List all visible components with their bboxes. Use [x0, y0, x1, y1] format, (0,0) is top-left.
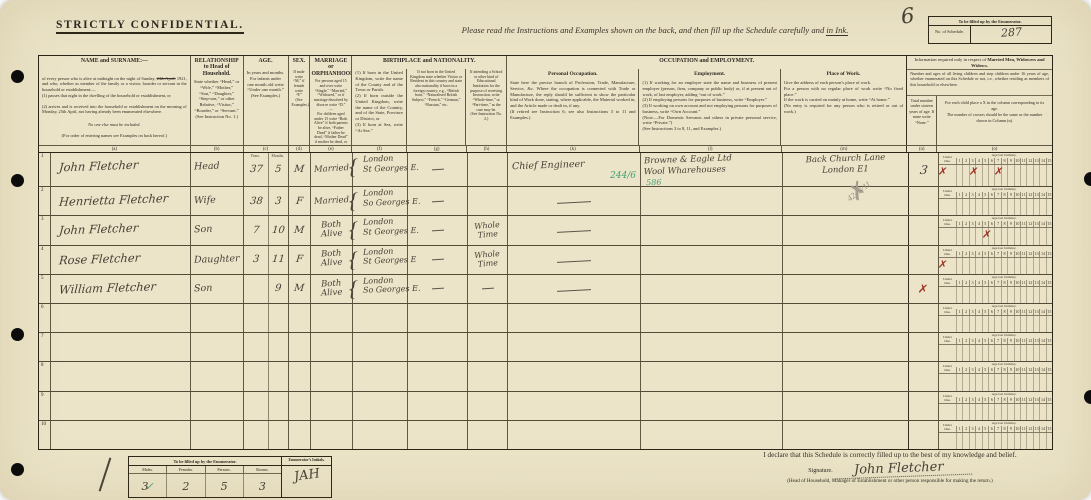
- employer-cell: [641, 187, 783, 215]
- males-label: Males.: [129, 466, 167, 473]
- sex-cell: F: [289, 187, 311, 215]
- age-grid-mark-cell: [1046, 433, 1052, 449]
- name-desc-item1: (1) passes that night in the dwelling of…: [42, 93, 187, 99]
- children-age-grid: UnderOne.Age last birthday.1234567891011…: [939, 216, 1052, 244]
- name-column-title: NAME and SURNAME:—: [39, 56, 190, 69]
- school-attendance-cell: [468, 304, 508, 332]
- column-letter-h: (h): [467, 146, 507, 152]
- header-birthplace-group: BIRTHPLACE and NATIONALITY. (1) If born …: [352, 56, 507, 145]
- handwritten-relationship: Head: [194, 161, 220, 173]
- table-row: 6UnderOne.Age last birthday.123456789101…: [39, 303, 1052, 332]
- handwritten-name: John Fletcher: [59, 158, 139, 175]
- handwritten-age-years: 3: [252, 254, 260, 265]
- column-letter-o: (o): [937, 146, 1052, 152]
- occupation-group-title: OCCUPATION and EMPLOYMENT.: [507, 56, 906, 69]
- birthplace-cell: LondonSt Georges E.: [353, 153, 408, 186]
- birthplace-cell: LondonSo Georges E.: [353, 187, 408, 215]
- place-of-work-cell: Back Church LaneLondon E1: [783, 153, 909, 186]
- school-attendance-cell: [468, 153, 508, 186]
- handwritten-relationship: Daughter: [194, 253, 240, 266]
- handwritten-name: William Fletcher: [59, 279, 157, 296]
- age-grid-number: 15: [1046, 158, 1052, 164]
- employer-cell: [641, 333, 783, 361]
- age-years-cell: [244, 275, 269, 303]
- nationality-dash: [431, 259, 443, 261]
- nationality-cell: [408, 333, 468, 361]
- header-marriage-column: MARRIAGE or ORPHANHOOD. For persons aged…: [310, 56, 352, 145]
- age-grid-mark-cell: [939, 404, 956, 420]
- instruction-ink-underlined: in Ink.: [826, 25, 848, 36]
- age-years-cell: 37: [244, 153, 269, 186]
- place-of-work-title: Place of Work.: [781, 69, 906, 79]
- occupation-cell: [508, 362, 641, 390]
- school-attendance-cell: [468, 187, 508, 215]
- handwritten-sex: M: [294, 164, 305, 175]
- hole-punch: [11, 328, 24, 341]
- age-grid-mark-cell: [1046, 345, 1052, 361]
- marriage-cell: [311, 421, 353, 449]
- column-letter-d: (d): [289, 146, 311, 152]
- handwritten-age-months: 10: [272, 225, 286, 236]
- birthplace-cell: LondonSt Georges E.: [353, 216, 408, 244]
- nationality-cell: [408, 275, 468, 303]
- relationship-cell: [191, 421, 244, 449]
- age-grid-number: 15: [1046, 338, 1052, 344]
- handwritten-name: John Fletcher: [59, 221, 139, 238]
- employment-description: (1) If working for an employer state the…: [639, 79, 779, 145]
- handwritten-school-attendance: Whole Time: [467, 220, 507, 241]
- handwritten-children-total: 3: [919, 163, 929, 177]
- name-cell: [51, 304, 191, 332]
- age-grid-marks-row: [939, 433, 1052, 449]
- school-attendance-cell: [468, 392, 508, 420]
- children-total-cell: [909, 333, 939, 361]
- employer-cell: [641, 304, 783, 332]
- persons-value-cell: 5: [206, 474, 244, 497]
- green-employer-code: 586: [646, 173, 779, 188]
- children-age-grid: UnderOne.Age last birthday.1234567891011…: [939, 275, 1052, 303]
- occupation-cell: Chief Engineer244/6: [508, 153, 641, 186]
- age-grid-number: 15: [1046, 367, 1052, 373]
- age-grid-marks-row: [939, 316, 1052, 332]
- enumerator-box-title: To be filled up by the Enumerator.: [929, 17, 1051, 26]
- occupation-cell: [508, 304, 641, 332]
- children-total-description: Total number under sixteen years of age.…: [907, 96, 937, 145]
- column-letter-c: (c): [244, 146, 289, 152]
- age-grid-mark-cell: [939, 316, 956, 332]
- males-value-cell: 3✓: [129, 474, 167, 497]
- birthplace-group-title: BIRTHPLACE and NATIONALITY.: [352, 56, 506, 69]
- schedule-number-label: No. of Schedule.: [929, 26, 971, 43]
- age-grid-number: 15: [1046, 192, 1052, 198]
- column-letter-b: (b): [191, 146, 244, 152]
- table-row: 4Rose FletcherDaughter311FBoth AliveLond…: [39, 245, 1052, 274]
- age-grid-under-one-label: UnderOne.: [939, 153, 956, 164]
- marriage-cell: [311, 392, 353, 420]
- birthplace-cell: LondonSo Georges E.: [353, 275, 408, 303]
- table-row: 9UnderOne.Age last birthday.123456789101…: [39, 391, 1052, 420]
- age-column-description: In years and months. For infants under o…: [244, 69, 288, 145]
- age-grid-header: UnderOne.Age last birthday.1234567891011…: [939, 362, 1052, 374]
- occupation-cell: [508, 275, 641, 303]
- handwritten-green-schedule-number: 6: [900, 3, 916, 28]
- persons-label: Persons.: [206, 466, 244, 473]
- age-months-cell: [269, 304, 289, 332]
- relationship-cell: Wife: [191, 187, 244, 215]
- age-months-cell: 3: [269, 187, 289, 215]
- hole-punch: [1084, 390, 1091, 404]
- age-months-cell: [269, 362, 289, 390]
- census-table: NAME and SURNAME:— of every person who i…: [38, 55, 1053, 450]
- age-grid-marks-row: ✗✗✗: [939, 165, 1052, 186]
- age-grid-header: UnderOne.Age last birthday.1234567891011…: [939, 153, 1052, 165]
- age-grid-mark-cell: [1046, 165, 1052, 186]
- age-grid-header: UnderOne.Age last birthday.1234567891011…: [939, 216, 1052, 228]
- married-group-subtitle: Number and ages of all living children a…: [907, 69, 1052, 95]
- relationship-cell: [191, 362, 244, 390]
- column-letter-f: (f): [352, 146, 407, 152]
- row-number: 5: [39, 275, 51, 303]
- declaration-text: I declare that this Schedule is correctl…: [712, 451, 1068, 459]
- sex-cell: [289, 333, 311, 361]
- sex-cell: [289, 421, 311, 449]
- relationship-column-description: State whether “Head,” or “Wife,” “Mother…: [191, 78, 243, 145]
- instruction-text: Please read the Instructions and Example…: [462, 25, 827, 35]
- header-personal-occupation-subcolumn: Personal Occupation. State here the prec…: [507, 69, 639, 145]
- place-of-work-cell: [783, 216, 909, 244]
- nationality-dash: [431, 169, 443, 171]
- header-relationship-column: RELATIONSHIP to Head of Household. State…: [191, 56, 244, 145]
- occupation-cell: [508, 333, 641, 361]
- children-total-cell: [909, 187, 939, 215]
- header-employment-subcolumn: Employment. (1) If working for an employ…: [639, 69, 780, 145]
- header-nationality-subcolumn: If not born in the United Kingdom state …: [407, 69, 467, 145]
- hole-punch: [11, 174, 24, 187]
- birthplace-cell: [353, 421, 408, 449]
- school-attendance-cell: [468, 275, 508, 303]
- header-sex-column: SEX. If male write “M,” if female write …: [289, 56, 311, 145]
- sex-cell: [289, 362, 311, 390]
- employer-cell: [641, 362, 783, 390]
- age-grid-marks-row: ✗: [939, 228, 1052, 244]
- children-total-cell: 3: [909, 153, 939, 186]
- handwritten-school-attendance: Whole Time: [467, 249, 507, 270]
- age-grid-under-one-label: UnderOne.: [939, 187, 956, 198]
- enumerator-summary-box: To be filled up by the Enumerator. Males…: [128, 456, 332, 498]
- females-value-cell: 2: [167, 474, 205, 497]
- age-grid-mark-cell: [1046, 199, 1052, 215]
- table-rows: 1John FletcherHead375MMarriedLondonSt Ge…: [39, 153, 1052, 449]
- marriage-cell: Married: [311, 153, 353, 186]
- age-grid-mark-cell: [939, 433, 956, 449]
- pencil-annotation: 4248/11 ✗: [845, 179, 873, 204]
- age-years-cell: [244, 304, 269, 332]
- age-months-cell: [269, 421, 289, 449]
- relationship-cell: [191, 304, 244, 332]
- marriage-column-title: MARRIAGE or ORPHANHOOD.: [310, 56, 351, 78]
- row-number: 4: [39, 246, 51, 274]
- employer-cell: [641, 275, 783, 303]
- nationality-cell: [408, 392, 468, 420]
- row-number: 10: [39, 421, 51, 449]
- hole-punch: [11, 463, 24, 476]
- sex-cell: [289, 392, 311, 420]
- handwritten-sex: M: [294, 225, 305, 236]
- marriage-cell: [311, 304, 353, 332]
- place-of-work-cell: [783, 392, 909, 420]
- school-attendance-cell: [468, 333, 508, 361]
- birthplace-cell: [353, 333, 408, 361]
- marriage-cell: Married: [311, 187, 353, 215]
- handwritten-employer-line: Wool Wharehouses586: [644, 162, 780, 187]
- birthplace-cell: LondonSt Georges E: [353, 246, 408, 274]
- age-grid-header: UnderOne.Age last birthday.1234567891011…: [939, 392, 1052, 404]
- age-years-cell: [244, 333, 269, 361]
- declaration-block: I declare that this Schedule is correctl…: [712, 451, 1068, 484]
- children-age-grid: UnderOne.Age last birthday.1234567891011…: [939, 333, 1052, 361]
- nationality-dash: [431, 230, 443, 232]
- school-dash: [481, 288, 493, 290]
- age-grid-under-one-label: UnderOne.: [939, 333, 956, 344]
- handwritten-age-months: 11: [272, 254, 286, 265]
- handwritten-rooms-count: 3: [259, 480, 266, 493]
- school-attendance-cell: Whole Time: [468, 246, 508, 274]
- age-grid-number: 15: [1046, 309, 1052, 315]
- header-age-column: AGE. In years and months. For infants un…: [244, 56, 289, 145]
- married-group-title: Information required only in respect of …: [907, 56, 1052, 69]
- relationship-cell: Daughter: [191, 246, 244, 274]
- name-cell: [51, 362, 191, 390]
- nationality-cell: [408, 421, 468, 449]
- sex-cell: M: [289, 216, 311, 244]
- marriage-cell: [311, 333, 353, 361]
- age-grid-number: 15: [1046, 397, 1052, 403]
- age-months-cell: 5: [269, 153, 289, 186]
- employer-cell: [641, 216, 783, 244]
- relationship-cell: [191, 392, 244, 420]
- name-desc-intro: of every person who is alive at midnight…: [42, 76, 157, 81]
- header-occupation-group: OCCUPATION and EMPLOYMENT. Personal Occu…: [507, 56, 907, 145]
- handwritten-persons-count: 5: [221, 480, 228, 493]
- place-of-work-description: Give the address of each person’s place …: [781, 79, 906, 145]
- header-birthplace-subcolumn: (1) If born in the United Kingdom, write…: [352, 69, 407, 145]
- name-cell: [51, 392, 191, 420]
- sex-cell: [289, 304, 311, 332]
- name-cell: [51, 333, 191, 361]
- hole-punch: [11, 70, 24, 83]
- handwritten-enumerator-initials: JAH: [293, 466, 321, 484]
- age-grid-under-one-label: UnderOne.: [939, 275, 956, 286]
- school-attendance-cell: [468, 362, 508, 390]
- rooms-label: Rooms.: [244, 466, 281, 473]
- children-age-grid: UnderOne.Age last birthday.1234567891011…: [939, 246, 1052, 274]
- personal-occupation-title: Personal Occupation.: [507, 69, 638, 79]
- children-age-grid: UnderOne.Age last birthday.1234567891011…: [939, 362, 1052, 390]
- age-grid-header: UnderOne.Age last birthday.1234567891011…: [939, 246, 1052, 258]
- column-letter-m: (m): [782, 146, 908, 152]
- name-cell: Henrietta Fletcher: [51, 187, 191, 215]
- age-grid-number: 15: [1046, 426, 1052, 432]
- handwritten-marriage: Married: [314, 196, 350, 207]
- birthplace-description: (1) If born in the United Kingdom, write…: [352, 69, 406, 145]
- handwritten-marriage: Both Alive: [311, 220, 353, 241]
- name-cell: John Fletcher: [51, 153, 191, 186]
- name-cell: Rose Fletcher: [51, 246, 191, 274]
- child-age-x-mark: ✗: [937, 166, 948, 178]
- age-grid-under-one-label: UnderOne.: [939, 246, 956, 257]
- nationality-cell: [408, 362, 468, 390]
- age-grid-under-one-label: UnderOne.: [939, 216, 956, 227]
- handwritten-signature: John Fletcher: [834, 459, 972, 480]
- hole-punch: [1084, 172, 1091, 186]
- occupation-dash: [557, 260, 591, 263]
- age-years-cell: [244, 421, 269, 449]
- row-number: 7: [39, 333, 51, 361]
- age-years-cell: 3: [244, 246, 269, 274]
- nationality-description: If not born in the United Kingdom state …: [407, 69, 466, 145]
- children-age-grid: UnderOne.Age last birthday.1234567891011…: [939, 304, 1052, 332]
- census-schedule-form: STRICTLY CONFIDENTIAL. Please read the I…: [0, 0, 1091, 500]
- employer-cell: [641, 246, 783, 274]
- age-grid-marks-row: [939, 374, 1052, 390]
- age-months-cell: [269, 392, 289, 420]
- handwritten-age-months: 3: [275, 196, 283, 207]
- column-letter-e: (e): [310, 146, 352, 152]
- marriage-column-description: For persons aged 15 and over write “Sing…: [310, 78, 351, 145]
- child-age-x-mark: ✗: [937, 259, 948, 271]
- row-number: 2: [39, 187, 51, 215]
- place-of-work-cell: [783, 304, 909, 332]
- handwritten-relationship: Son: [194, 282, 213, 294]
- age-months-cell: 10: [269, 216, 289, 244]
- relationship-cell: [191, 333, 244, 361]
- name-column-description: of every person who is alive at midnight…: [39, 69, 190, 145]
- children-age-grid: UnderOne.Age last birthday.1234567891011…: [939, 421, 1052, 449]
- header-education-subcolumn: If attending a School or other kind of E…: [466, 69, 506, 145]
- nationality-cell: [408, 216, 468, 244]
- school-attendance-cell: [468, 421, 508, 449]
- children-ages-description: For each child place a X in the column c…: [937, 96, 1052, 145]
- age-years-cell: 38: [244, 187, 269, 215]
- employer-cell: Browne & Eagle LtdWool Wharehouses586: [641, 153, 783, 186]
- age-grid-number: 15: [1046, 251, 1052, 257]
- place-of-work-cell: [783, 362, 909, 390]
- age-grid-mark-cell: [1046, 316, 1052, 332]
- occupation-cell: [508, 246, 641, 274]
- enumerator-summary-title: To be filled up by the Enumerator.: [129, 457, 281, 466]
- column-letter-a: (a): [39, 146, 191, 152]
- table-row: 8UnderOne.Age last birthday.123456789101…: [39, 361, 1052, 390]
- table-row: 10UnderOne.Age last birthday.12345678910…: [39, 420, 1052, 449]
- row-number: 1: [39, 153, 51, 186]
- handwritten-name: Rose Fletcher: [59, 250, 141, 267]
- name-cell: [51, 421, 191, 449]
- marriage-cell: [311, 362, 353, 390]
- handwritten-birthplace-line: St Georges E.: [363, 226, 407, 237]
- sex-cell: M: [289, 153, 311, 186]
- age-grid-mark-cell: [939, 287, 956, 303]
- marriage-cell: Both Alive: [311, 275, 353, 303]
- handwritten-age-months: 9: [275, 283, 283, 294]
- age-grid-mark-cell: ✗: [939, 258, 956, 274]
- married-title-text: Information required only in respect of: [915, 57, 988, 62]
- column-letter-g: (g): [407, 146, 467, 152]
- place-of-work-cell: [783, 421, 909, 449]
- column-letter-l: (l): [640, 146, 782, 152]
- place-of-work-cell: [783, 333, 909, 361]
- header-place-of-work-subcolumn: Place of Work. Give the address of each …: [781, 69, 906, 145]
- age-grid-mark-cell: [1046, 287, 1052, 303]
- children-age-grid: UnderOne.Age last birthday.1234567891011…: [939, 392, 1052, 420]
- occupation-cell: [508, 216, 641, 244]
- handwritten-name: Henrietta Fletcher: [59, 191, 169, 209]
- occupation-dash: [557, 231, 591, 234]
- handwritten-marriage: Both Alive: [311, 249, 353, 270]
- age-grid-mark-cell: [939, 228, 956, 244]
- header-name-column: NAME and SURNAME:— of every person who i…: [39, 56, 191, 145]
- confidential-heading: STRICTLY CONFIDENTIAL.: [56, 19, 244, 34]
- age-grid-mark-cell: [939, 374, 956, 390]
- birthplace-cell: [353, 304, 408, 332]
- occupation-cell: [508, 421, 641, 449]
- handwritten-occupation: Chief Engineer: [512, 159, 585, 173]
- birthplace-cell: [353, 392, 408, 420]
- name-desc-note2: (For order of entering names see Example…: [42, 133, 187, 139]
- nationality-dash: [431, 288, 443, 290]
- signature-note: (Head of Household, Manager of Establish…: [712, 478, 1068, 484]
- relationship-cell: Son: [191, 275, 244, 303]
- occupation-dash: [557, 201, 591, 204]
- row-number: 8: [39, 362, 51, 390]
- handwritten-relationship: Wife: [194, 195, 216, 207]
- age-months-cell: 9: [269, 275, 289, 303]
- header-married-group: Information required only in respect of …: [907, 56, 1052, 145]
- children-total-cell: [909, 246, 939, 274]
- table-header: NAME and SURNAME:— of every person who i…: [39, 56, 1052, 145]
- nationality-cell: [408, 187, 468, 215]
- sex-cell: M: [289, 275, 311, 303]
- age-grid-mark-cell: [1046, 404, 1052, 420]
- nationality-cell: [408, 246, 468, 274]
- place-of-work-cell: [783, 275, 909, 303]
- pen-slash-mark: [99, 458, 112, 492]
- table-row: 2Henrietta FletcherWife383FMarriedLondon…: [39, 186, 1052, 215]
- employer-cell: [641, 421, 783, 449]
- age-grid-mark-cell: [939, 345, 956, 361]
- children-total-cell: [909, 304, 939, 332]
- marriage-cell: Both Alive: [311, 246, 353, 274]
- age-years-cell: 7: [244, 216, 269, 244]
- age-months-cell: 11: [269, 246, 289, 274]
- age-grid-number: 15: [1046, 221, 1052, 227]
- green-check-mark: ✓: [145, 481, 154, 493]
- sex-column-description: If male write “M,” if female write “F.” …: [289, 69, 310, 145]
- place-of-work-cell: [783, 246, 909, 274]
- age-grid-mark-cell: [1046, 228, 1052, 244]
- relationship-cell: Head: [191, 153, 244, 186]
- age-years-cell: [244, 362, 269, 390]
- children-total-cell: [909, 421, 939, 449]
- sex-cell: F: [289, 246, 311, 274]
- age-grid-mark-cell: [1046, 258, 1052, 274]
- name-cell: John Fletcher: [51, 216, 191, 244]
- age-grid-mark-cell: [939, 199, 956, 215]
- sex-column-title: SEX.: [289, 56, 310, 69]
- age-grid-header: UnderOne.Age last birthday.1234567891011…: [939, 304, 1052, 316]
- marriage-cell: Both Alive: [311, 216, 353, 244]
- age-grid-header: UnderOne.Age last birthday.1234567891011…: [939, 333, 1052, 345]
- fill-in-ink-instruction: Please read the Instructions and Example…: [372, 25, 938, 35]
